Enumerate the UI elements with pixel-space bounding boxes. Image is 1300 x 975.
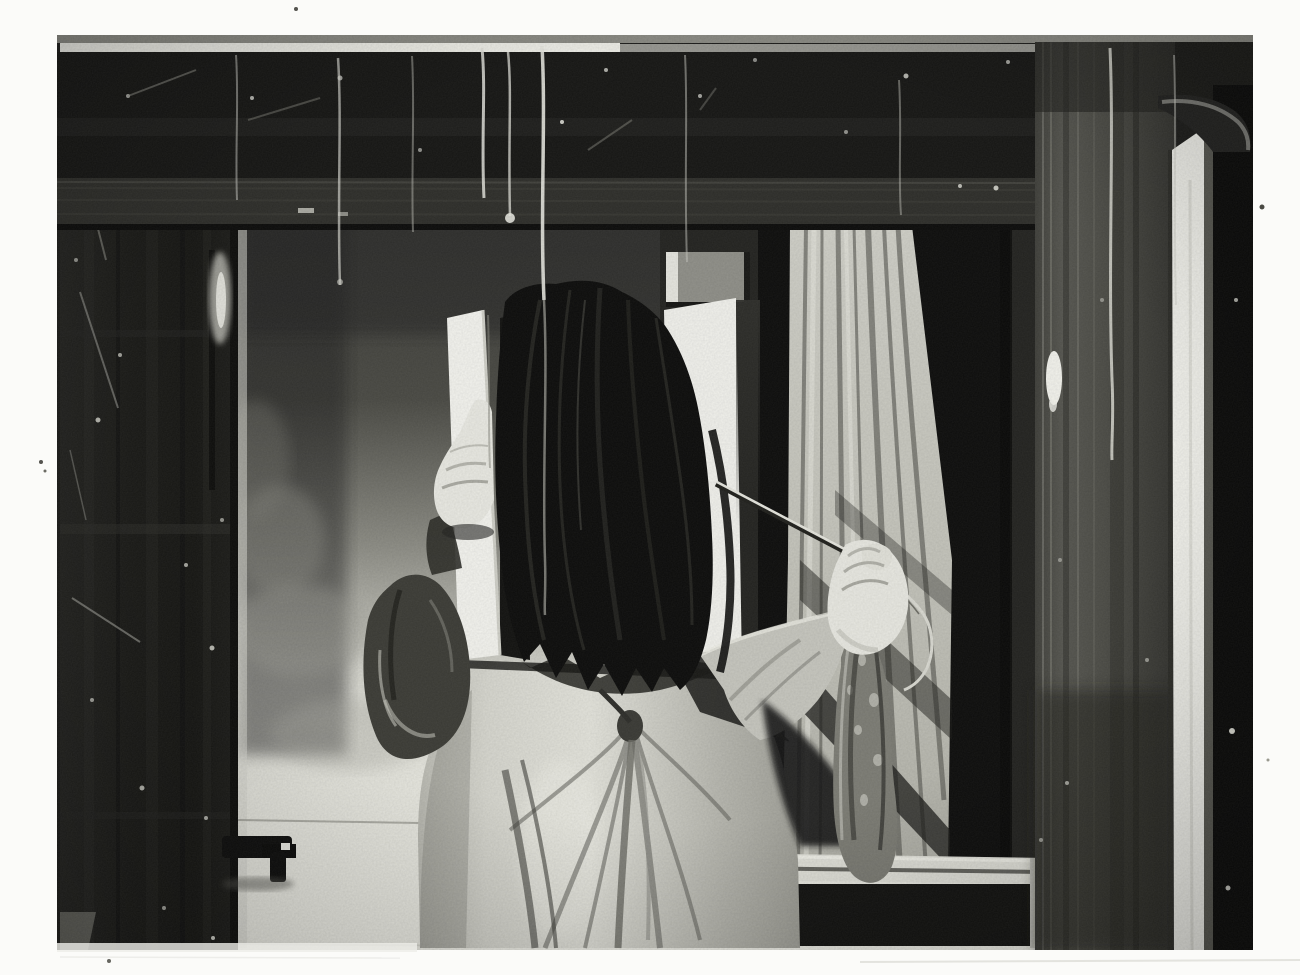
- photo-canvas: High-contrast black-and-white film photo…: [0, 0, 1300, 975]
- photograph: High-contrast black-and-white film photo…: [0, 0, 1300, 975]
- film-grain: [57, 35, 1253, 950]
